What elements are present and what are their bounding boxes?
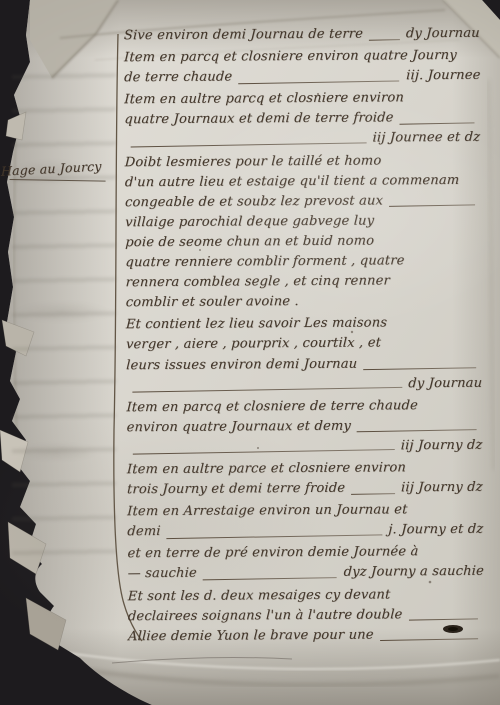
manuscript-line: quatre renniere comblir forment , quatre: [125, 254, 481, 277]
line-text: Item en aultre parcq et closniere enviro…: [124, 92, 404, 107]
ink-rule: [363, 367, 476, 370]
ink-rule: [389, 205, 475, 207]
margin-note: Hage au Jourcy: [0, 155, 105, 183]
line-text: declairees soignans l'un à l'autre doubl…: [128, 608, 403, 623]
line-amount: dy Journau: [406, 27, 481, 41]
ink-rule: [203, 577, 337, 580]
line-text: trois Journy et demi terre froide: [127, 482, 346, 497]
line-amount: dy Journau: [408, 376, 483, 390]
text-block: Sive environ demi Journau de terredy Jou…: [124, 27, 484, 652]
ink-rule: [357, 429, 477, 432]
manuscript-line: Alliee demie Yuon le brave pour une: [128, 627, 484, 650]
line-text: de terre chaude: [124, 71, 233, 85]
manuscript-line: declairees soignans l'un à l'autre doubl…: [128, 607, 484, 630]
line-text: d'un autre lieu et estaige qu'il tient a…: [125, 174, 460, 189]
line-text: leurs issues environ demi Journau: [126, 357, 358, 372]
manuscript-line: iij Journee et dz: [125, 131, 481, 154]
manuscript-line: poie de seome chun an et buid nomo: [125, 234, 481, 257]
line-text: — sauchie: [127, 567, 197, 580]
paragraph: Et sont les d. deux mesaiges cy devantde…: [128, 587, 484, 650]
manuscript-line: villaige parochial deque gabvege luy: [125, 214, 481, 237]
line-text: Et sont les d. deux mesaiges cy devant: [127, 588, 390, 603]
line-text: demi: [127, 525, 161, 538]
manuscript-line: comblir et souler avoine .: [126, 294, 482, 317]
ink-rule: [167, 534, 383, 539]
manuscript-photo: Hage au Jourcy Sive environ demi Journau…: [0, 0, 500, 705]
paragraph: Item en aultre parcq et closniere enviro…: [124, 91, 480, 154]
manuscript-line: Sive environ demi Journau de terredy Jou…: [124, 27, 480, 50]
line-text: Doibt lesmieres pour le taillé et homo: [124, 154, 381, 169]
line-text: poie de seome chun an et buid nomo: [125, 234, 375, 249]
ink-rule: [380, 639, 478, 642]
line-text: et en terre de pré environ demie Journée…: [127, 546, 419, 561]
line-amount: j. Journy et dz: [388, 523, 484, 537]
line-text: Sive environ demi Journau de terre: [124, 28, 364, 43]
ink-rule: [133, 449, 395, 455]
line-text: congeable de et soubz lez prevost aux: [125, 194, 384, 209]
ink-rule: [400, 122, 475, 124]
line-amount: iij. Journee: [405, 69, 480, 83]
paragraph: Et contient lez lieu savoir Les maisonsv…: [126, 316, 483, 399]
paragraph: Doibt lesmieres pour le taillé et homod'…: [125, 153, 482, 316]
manuscript-line: iij Journy dz: [127, 439, 483, 462]
line-text: Et contient lez lieu savoir Les maisons: [126, 317, 388, 332]
ink-rule: [132, 387, 402, 393]
line-text: Item en parcq et closniere de terre chau…: [126, 399, 418, 414]
ink-rule: [409, 619, 478, 621]
ink-rule: [369, 39, 400, 41]
line-amount: iij Journy dz: [401, 439, 483, 453]
line-amount: iij Journy dz: [401, 481, 483, 495]
line-text: quatre renniere comblir forment , quatre: [125, 254, 405, 269]
line-text: environ quatre Journaux et demy: [126, 419, 351, 434]
line-amount: iij Journee et dz: [373, 131, 481, 145]
manuscript-line: — sauchiedyz Journy a sauchie: [128, 565, 484, 588]
manuscript-line: trois Journy et demi terre froideiij Jou…: [127, 481, 483, 504]
manuscript-line: Item en parcq et closniere de terre chau…: [126, 398, 482, 421]
line-text: comblir et souler avoine .: [125, 295, 299, 309]
manuscript-line: de terre chaudeiij. Journee: [124, 69, 480, 92]
paragraph: Item en parcq et closniere de terre chau…: [126, 398, 482, 461]
manuscript-line: demij. Journy et dz: [127, 523, 483, 546]
line-text: Item en aultre parce et closniere enviro…: [127, 461, 407, 476]
manuscript-line: rennera comblea segle , et cinq renner: [126, 274, 482, 297]
manuscript-line: dy Journau: [126, 376, 482, 399]
paragraph: Item en Arrestaige environ un Journau et…: [127, 503, 483, 546]
ink-rule: [131, 142, 367, 147]
line-text: Alliee demie Yuon le brave pour une: [128, 628, 374, 643]
manuscript-line: verger , aiere , pourprix , courtilx , e…: [126, 336, 482, 359]
margin-note-text: Hage au Jourcy: [1, 160, 102, 178]
line-text: quatre Journaux et demi de terre froide: [124, 112, 394, 127]
manuscript-line: Et sont les d. deux mesaiges cy devant: [128, 587, 484, 610]
line-text: verger , aiere , pourprix , courtilx , e…: [126, 337, 382, 352]
paragraph: et en terre de pré environ demie Journée…: [127, 545, 483, 588]
ink-rule: [351, 493, 395, 495]
manuscript-line: congeable de et soubz lez prevost aux: [125, 194, 481, 217]
line-text: rennera comblea segle , et cinq renner: [125, 275, 390, 290]
line-amount: dyz Journy a sauchie: [343, 565, 484, 579]
paragraph: Item en parcq et closniere environ quatr…: [124, 49, 480, 92]
paragraph: Sive environ demi Journau de terredy Jou…: [124, 27, 480, 50]
manuscript-line: d'un autre lieu et estaige qu'il tient a…: [125, 173, 481, 196]
paragraph: Item en aultre parce et closniere enviro…: [127, 461, 483, 504]
line-text: villaige parochial deque gabvege luy: [125, 214, 375, 229]
line-text: Item en Arrestaige environ un Journau et: [127, 503, 408, 518]
line-text: Item en parcq et closniere environ quatr…: [124, 49, 457, 64]
ink-rule: [238, 80, 399, 84]
